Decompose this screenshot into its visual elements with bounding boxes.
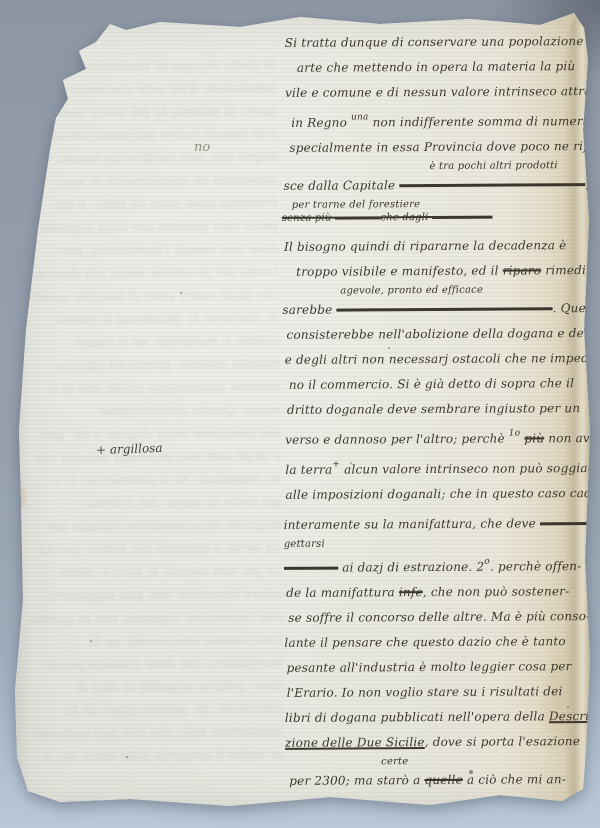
manuscript-line: alle imposizioni doganali; che in questo… [285,481,583,508]
pencil-mark: no [194,140,210,155]
handwritten-text: vile e comune e di nessun valore intrins… [285,84,599,100]
handwritten-text: pesante all'industria è molto leggier co… [287,659,572,675]
manuscript-line: specialmente in essa Provincia dove poco… [289,134,581,161]
manuscript-line: soggetta ai dazj di estrazione. 2o. perc… [284,549,584,581]
manuscript-line: consisterebbe nell'abolizione della doga… [286,321,582,348]
inserted-text: perciò asso- [596,513,600,523]
manuscript-line: certe [381,754,585,768]
handwritten-text: rimedio [541,263,593,277]
handwritten-text: interamente su la manifattura, che deve [284,516,540,532]
manuscript-line: interamente su la manifattura, che deve … [284,506,584,538]
paper-stain [12,480,28,514]
manuscript-line: sarebbe sicuramente quello che vi si met… [282,296,582,323]
manuscript-line: no il commercio. Si è già detto di sopra… [289,371,583,398]
handwritten-text: certe [381,756,408,767]
handwritten-text: gettarsi [284,539,325,550]
manuscript-line: pesante all'industria è molto leggier co… [286,654,584,681]
handwritten-text: verso e dannoso per l'altro; perchè [285,432,509,447]
scribbled-out-text: dove non manda l'incremento [399,177,585,192]
scribbled-out-text: soggetta [284,561,338,575]
manuscript-line: dritto doganale deve sembrare ingiusto p… [287,396,583,423]
manuscript-line: lante il pensare che questo dazio che è … [284,629,584,656]
scribbled-out-text: durarne [335,212,381,223]
manuscript-line: per 2300; ma starò a quelle a ciò che mi… [289,767,585,794]
manuscript-line: l'Erario. Io non voglio stare su i risul… [287,679,585,706]
paper-curl-edge [564,18,594,806]
handwritten-text: la terra [285,463,332,477]
manuscript-line: la terra+ alcun valore intrinseco non pu… [285,451,583,483]
handwritten-text: non avendo [544,431,600,445]
struck-text: che dagli [380,212,432,223]
handwritten-text: , [585,177,589,191]
handwritten-text: . Questo [553,301,600,315]
scribbled-out-text: esteri venir [432,212,493,223]
handwritten-text: a ciò che mi an- [463,772,566,787]
struck-text: più [524,431,544,445]
manuscript-line: Il bisogno quindi di ripararne la decade… [284,233,582,260]
struck-text: infe [399,585,423,599]
manuscript-line: se soffre il concorso delle altre. Ma è … [288,604,584,631]
manuscript-line: sce dalla Capitale dove non manda l'incr… [284,172,582,199]
handwritten-text: troppo visibile e manifesto, ed il [296,264,503,279]
manuscript-line: è tra pochi altri prodotti [429,159,581,173]
manuscript-line: de la manifattura infe, che non può sost… [286,579,584,606]
handwritten-text: alcun valore intrinseco non può soggiace… [340,461,600,477]
handwritten-text: Si tratta dunque di conservare una popol… [285,34,600,50]
manuscript-line: Si tratta dunque di conservare una popol… [285,29,581,56]
handwritten-text: l'Erario. Io non voglio stare su i risul… [287,684,563,700]
handwritten-text: ai dazj di estrazione. 2 [338,560,484,575]
handwritten-text: . perchè offen- [490,559,582,574]
foxing-specks [0,0,2,2]
paper-surface: Si tratta dunque di conservare una popol… [0,0,600,828]
handwritten-text: libri di dogana pubblicati nell'opera de… [285,709,549,725]
handwritten-text: , che non può sostener- [423,584,570,599]
manuscript-line: libri di dogana pubblicati nell'opera de… [285,704,585,731]
scribbled-out-text: sicuramente quello che vi si mette [336,301,552,316]
handwritten-text: zione delle Due Sicilie [285,735,425,750]
manuscript-line: per trarne del forestiere [292,197,582,212]
handwritten-text: , dove si porta l'esazione [425,734,581,749]
margin-note-argillosa: + argillosa [96,441,163,457]
handwritten-text: Il bisogno quindi di ripararne la decade… [284,238,567,254]
handwritten-text: sce dalla Capitale [284,178,400,193]
inserted-text: 1o [509,428,521,438]
handwritten-text: per 2300; ma starò a [289,773,424,788]
manuscript-line: e degli altri non necessarj ostacoli che… [285,346,583,373]
inserted-text: + [332,460,340,470]
struck-text: quelle [424,773,463,787]
handwritten-text: agevole, pronto ed efficace [340,285,483,297]
show-through-text: Si tratta dunque di conservare una popol… [24,54,283,767]
manuscript-line: arte che mettendo in opera la materia la… [297,54,581,81]
handwritten-text: sarebbe [282,303,336,317]
paper-stain [540,640,574,760]
struck-text: riparo [503,263,542,277]
photo-background: Si tratta dunque di conservare una popol… [0,0,600,828]
handwritten-text: per trarne del forestiere [292,199,421,211]
inserted-text: una [351,112,369,122]
inserted-text: o [484,557,490,567]
manuscript-line: zione delle Due Sicilie, dove si porta l… [285,729,585,756]
struck-text: senza più [282,213,335,224]
handwritten-text: in Regno [291,115,351,129]
manuscript-line: vile e comune e di nessun valore intrins… [285,79,581,106]
handwritten-text: consisterebbe nell'abolizione della doga… [286,326,600,342]
handwritten-text [592,516,596,530]
manuscript-line: verso e dannoso per l'altro; perchè 1o p… [285,421,583,453]
manuscript-line: in Regno una non indifferente somma di n… [291,104,581,136]
handwritten-text: lante il pensare che questo dazio che è … [284,634,565,650]
handwritten-text: non indifferente somma di numerario [369,114,600,129]
manuscript-line: agevole, pronto ed efficace [340,283,582,297]
manuscript-paper: Si tratta dunque di conservare una popol… [0,0,600,828]
handwritten-text [520,431,524,445]
handwritten-text: Descri- [549,709,594,723]
handwritten-text: no il commercio. Si è già detto di sopra… [289,376,574,392]
handwritten-text: e degli altri non necessarj ostacoli che… [285,351,600,367]
handwritten-text: arte che mettendo in opera la materia la… [297,59,576,75]
handwritten-text: alle imposizioni doganali; che in questo… [285,486,600,502]
manuscript-text-block: Si tratta dunque di conservare una popol… [281,29,586,794]
handwritten-text: se soffre il concorso delle altre. Ma è … [288,609,590,625]
handwritten-text: specialmente in essa Provincia dove poco… [289,139,600,155]
manuscript-line: troppo visibile e manifesto, ed il ripar… [296,258,582,285]
manuscript-line: senza più durarne che dagli esteri venir [282,210,582,225]
handwritten-text: è tra pochi altri prodotti [429,160,557,172]
manuscript-line: gettarsi [284,536,584,551]
handwritten-text: de la manifattura [286,585,399,600]
scribbled-out-text: rivalersi [540,516,592,530]
handwritten-text: dritto doganale deve sembrare ingiusto p… [287,401,580,417]
